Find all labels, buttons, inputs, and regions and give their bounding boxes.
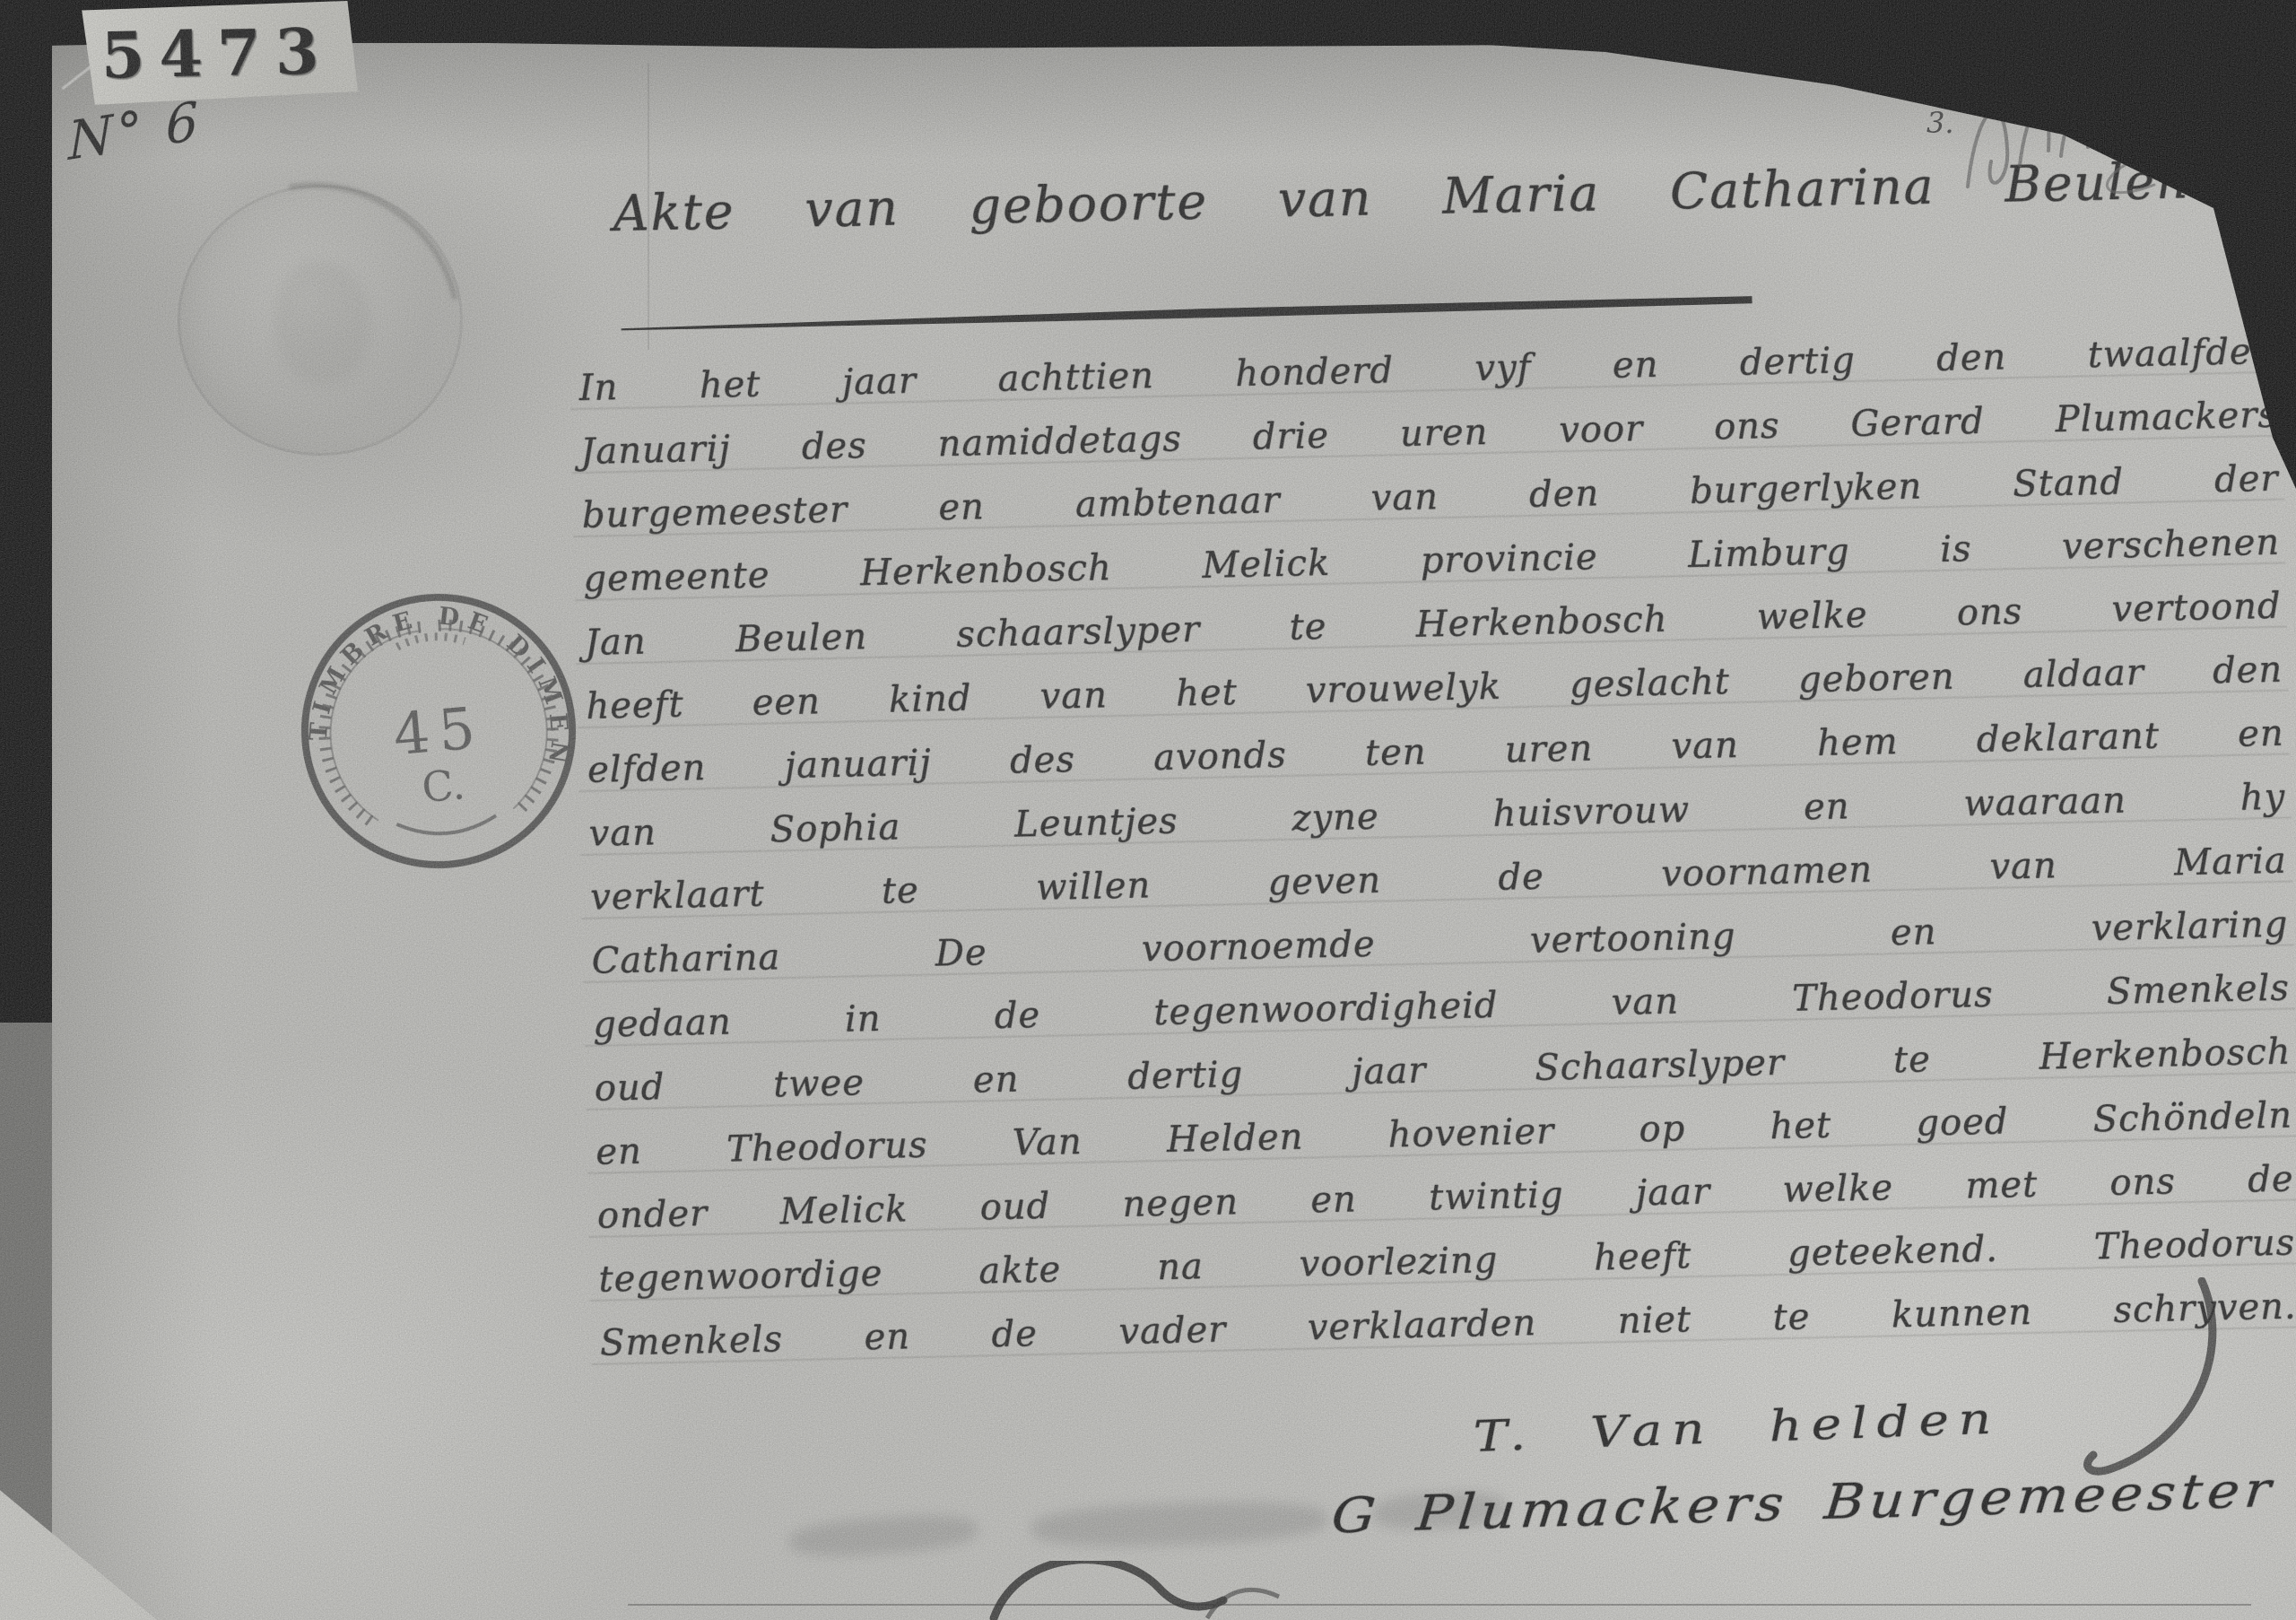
register-rule-line [628, 1604, 2251, 1606]
page-mark: 3. [1926, 106, 1954, 140]
pen-flourish [2054, 1277, 2233, 1484]
body-text: In het jaar achttien honderd vyf en dert… [578, 320, 2296, 1376]
archive-number: 5473 [100, 13, 335, 92]
next-act-fragment [983, 1561, 1288, 1620]
revenue-stamp: TIMBRE DE DIMENSION 45 C. [284, 577, 594, 886]
stamp-value: 45 [391, 694, 487, 769]
stamp-unit: C. [420, 761, 466, 812]
embossed-seal [178, 185, 463, 456]
archive-number-label: 5473 [76, 1, 358, 106]
scanned-document: 5473 N° 6 3. Akte van geboorte van Maria… [0, 0, 2296, 1620]
